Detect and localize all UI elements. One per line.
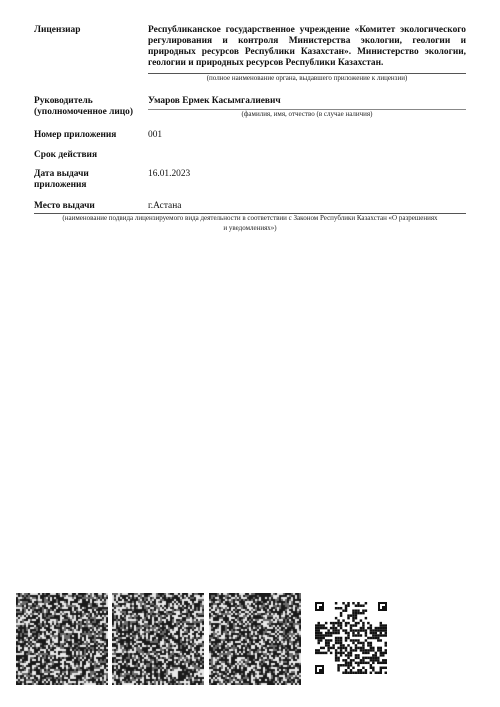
licensor-label: Лицензиар	[34, 25, 80, 36]
licensor-caption: (полное наименование органа, выдавшего п…	[148, 74, 466, 84]
qr-finder-bottom-left	[315, 665, 324, 674]
head-label-line1: Руководитель	[34, 96, 133, 107]
activity-subtype-caption-line1: (наименование подвида лицензируемого вид…	[30, 214, 470, 224]
activity-subtype-caption: (наименование подвида лицензируемого вид…	[30, 214, 470, 233]
licensor-value: Республиканское государственное учрежден…	[148, 25, 466, 69]
2d-barcode-1	[16, 593, 108, 685]
issue-date-label: Дата выдачи приложения	[34, 169, 89, 191]
2d-barcode-3	[209, 593, 301, 685]
head-label-line2: (уполномоченное лицо)	[34, 107, 133, 118]
qr-code	[315, 602, 387, 674]
qr-finder-top-left	[315, 602, 324, 611]
issue-place-label: Место выдачи	[34, 201, 95, 212]
annex-number-value: 001	[148, 130, 162, 141]
annex-number-label: Номер приложения	[34, 130, 116, 141]
validity-label: Срок действия	[34, 150, 97, 161]
issue-date-label-line1: Дата выдачи	[34, 169, 89, 180]
issue-date-value: 16.01.2023	[148, 169, 190, 180]
issue-place-value: г.Астана	[148, 201, 181, 212]
2d-barcode-2	[112, 593, 204, 685]
head-caption: (фамилия, имя, отчество (в случае наличи…	[148, 110, 466, 120]
qr-finder-top-right	[378, 602, 387, 611]
head-value: Умаров Ермек Касымгалиевич	[148, 96, 281, 107]
head-label: Руководитель (уполномоченное лицо)	[34, 96, 133, 118]
issue-date-label-line2: приложения	[34, 180, 89, 191]
qr-code-pattern	[315, 602, 387, 674]
activity-subtype-caption-line2: и уведомлениях»)	[30, 224, 470, 234]
